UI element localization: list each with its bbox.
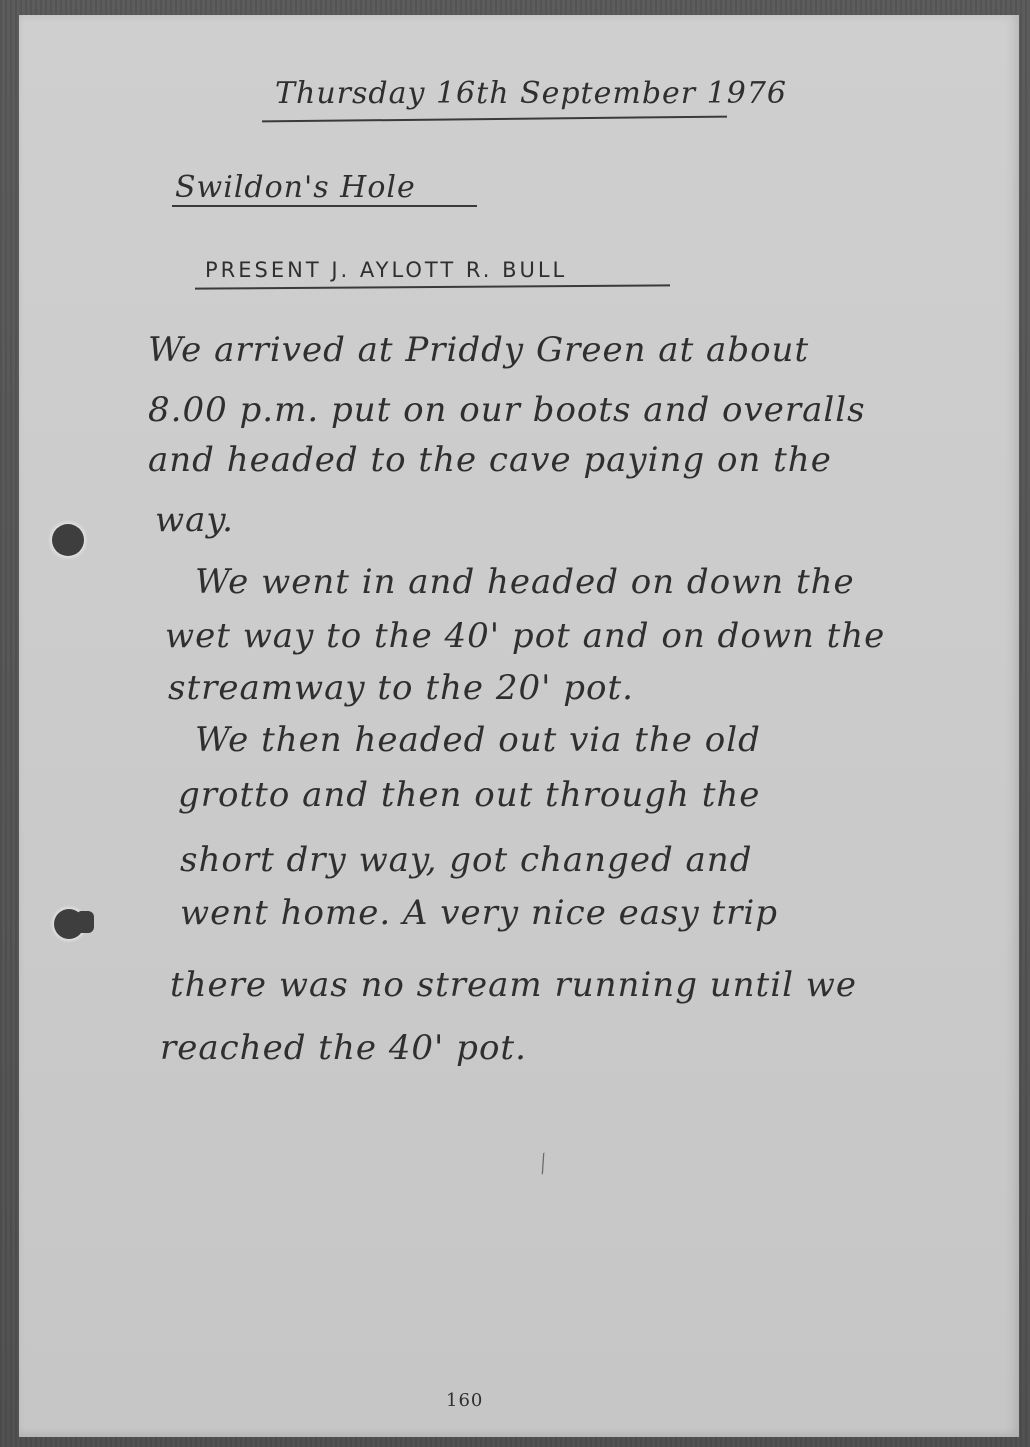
entry-date: Thursday 16th September 1976 [275,76,787,111]
body-line: streamway to the 20' pot. [168,668,634,708]
body-line: 8.00 p.m. put on our boots and overalls [148,390,866,430]
body-line: grotto and then out through the [178,775,760,815]
body-line: reached the 40' pot. [160,1028,527,1068]
body-line: We then headed out via the old [195,720,761,760]
body-line: went home. A very nice easy trip [180,893,778,933]
page-number: 160 [446,1390,483,1411]
body-line: We went in and headed on down the [195,562,855,602]
body-line: wet way to the 40' pot and on down the [165,616,885,656]
body-line: and headed to the cave paying on the [148,440,832,480]
body-line: short dry way, got changed and [180,840,752,880]
cave-name: Swildon's Hole [175,170,416,205]
body-line: We arrived at Priddy Green at about [148,330,809,370]
punch-hole [52,524,84,556]
body-line: there was no stream running until we [170,965,857,1005]
punch-hole-tear [78,911,94,933]
attendees: PRESENT J. AYLOTT R. BULL [205,258,567,282]
body-line: way. [155,500,234,540]
cave-name-underline [172,205,477,207]
